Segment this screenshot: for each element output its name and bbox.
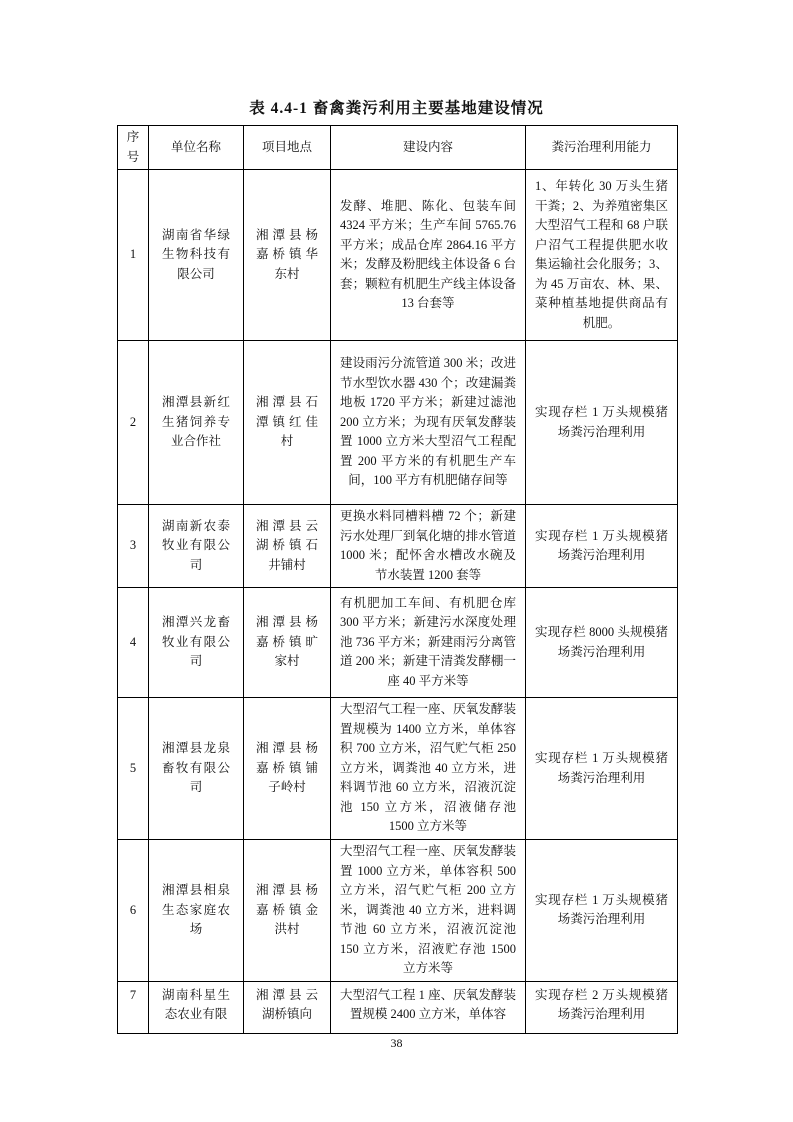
cell-treatment-capacity: 1、年转化 30 万头生猪干粪；2、为养殖密集区大型沼气工程和 68 户联户沼气…	[526, 170, 678, 341]
cell-project-location: 湘潭县石潭镇红佳村	[244, 341, 331, 505]
cell-treatment-capacity: 实现存栏 2 万头规模猪场粪污治理利用	[526, 981, 678, 1033]
cell-treatment-capacity: 实现存栏 1 万头规模猪场粪污治理利用	[526, 840, 678, 982]
cell-treatment-capacity: 实现存栏 1 万头规模猪场粪污治理利用	[526, 341, 678, 505]
table-row-truncated: 7 湖南科星生态农业有限 湘潭县云湖桥镇向 大型沼气工程 1 座、厌氧发酵装置规…	[118, 981, 678, 1033]
cell-construction-content: 有机肥加工车间、有机肥仓库 300 平方米；新建污水深度处理池 736 平方米；…	[331, 588, 526, 698]
cell-construction-content: 更换水料同槽料槽 72 个；新建污水处理厂到氧化塘的排水管道 1000 米；配怀…	[331, 505, 526, 588]
table-row: 3 湖南新农泰牧业有限公司 湘潭县云湖桥镇石井铺村 更换水料同槽料槽 72 个；…	[118, 505, 678, 588]
cell-project-location: 湘潭县杨嘉桥镇铺子岭村	[244, 698, 331, 840]
cell-serial-number: 4	[118, 588, 149, 698]
table-row: 1 湖南省华绿生物科技有限公司 湘潭县杨嘉桥镇华东村 发酵、堆肥、陈化、包装车间…	[118, 170, 678, 341]
cell-serial-number: 1	[118, 170, 149, 341]
cell-project-location: 湘潭县云湖桥镇石井铺村	[244, 505, 331, 588]
livestock-manure-table: 序号 单位名称 项目地点 建设内容 粪污治理利用能力 1 湖南省华绿生物科技有限…	[117, 125, 678, 1034]
cell-unit-name: 湘潭县新红生猪饲养专业合作社	[149, 341, 244, 505]
header-serial-number: 序号	[118, 126, 149, 170]
header-unit-name: 单位名称	[149, 126, 244, 170]
header-treatment-capacity: 粪污治理利用能力	[526, 126, 678, 170]
cell-unit-name: 湘潭县龙泉畜牧有限公司	[149, 698, 244, 840]
cell-unit-name: 湘潭县相泉生态家庭农场	[149, 840, 244, 982]
header-construction-content: 建设内容	[331, 126, 526, 170]
cell-unit-name: 湖南新农泰牧业有限公司	[149, 505, 244, 588]
cell-serial-number: 5	[118, 698, 149, 840]
cell-project-location: 湘潭县杨嘉桥镇华东村	[244, 170, 331, 341]
cell-construction-content: 建设雨污分流管道 300 米；改进节水型饮水器 430 个；改建漏粪地板 172…	[331, 341, 526, 505]
cell-treatment-capacity: 实现存栏 8000 头规模猪场粪污治理利用	[526, 588, 678, 698]
cell-unit-name: 湖南省华绿生物科技有限公司	[149, 170, 244, 341]
cell-project-location: 湘潭县杨嘉桥镇金洪村	[244, 840, 331, 982]
cell-construction-content: 大型沼气工程一座、厌氧发酵装置 1000 立方米，单体容积 500 立方米，沼气…	[331, 840, 526, 982]
cell-construction-content: 发酵、堆肥、陈化、包装车间 4324 平方米；生产车间 5765.76 平方米；…	[331, 170, 526, 341]
cell-project-location: 湘潭县杨嘉桥镇旷家村	[244, 588, 331, 698]
table-row: 2 湘潭县新红生猪饲养专业合作社 湘潭县石潭镇红佳村 建设雨污分流管道 300 …	[118, 341, 678, 505]
cell-treatment-capacity: 实现存栏 1 万头规模猪场粪污治理利用	[526, 505, 678, 588]
cell-project-location: 湘潭县云湖桥镇向	[244, 981, 331, 1033]
page-number: 38	[0, 1036, 793, 1051]
cell-unit-name: 湘潭兴龙畜牧业有限公司	[149, 588, 244, 698]
table-title: 表 4.4-1 畜禽粪污利用主要基地建设情况	[0, 96, 793, 118]
cell-treatment-capacity: 实现存栏 1 万头规模猪场粪污治理利用	[526, 698, 678, 840]
cell-construction-content: 大型沼气工程一座、厌氧发酵装置规模为 1400 立方米，单体容积 700 立方米…	[331, 698, 526, 840]
table-row: 6 湘潭县相泉生态家庭农场 湘潭县杨嘉桥镇金洪村 大型沼气工程一座、厌氧发酵装置…	[118, 840, 678, 982]
cell-serial-number: 2	[118, 341, 149, 505]
cell-serial-number: 3	[118, 505, 149, 588]
document-page: 表 4.4-1 畜禽粪污利用主要基地建设情况 序号 单位名称 项目地点 建设内容…	[0, 0, 793, 1122]
cell-unit-name: 湖南科星生态农业有限	[149, 981, 244, 1033]
table-row: 5 湘潭县龙泉畜牧有限公司 湘潭县杨嘉桥镇铺子岭村 大型沼气工程一座、厌氧发酵装…	[118, 698, 678, 840]
header-project-location: 项目地点	[244, 126, 331, 170]
cell-serial-number: 7	[118, 981, 149, 1033]
cell-construction-content: 大型沼气工程 1 座、厌氧发酵装置规模 2400 立方米，单体容	[331, 981, 526, 1033]
cell-serial-number: 6	[118, 840, 149, 982]
table-row: 4 湘潭兴龙畜牧业有限公司 湘潭县杨嘉桥镇旷家村 有机肥加工车间、有机肥仓库 3…	[118, 588, 678, 698]
table-header-row: 序号 单位名称 项目地点 建设内容 粪污治理利用能力	[118, 126, 678, 170]
